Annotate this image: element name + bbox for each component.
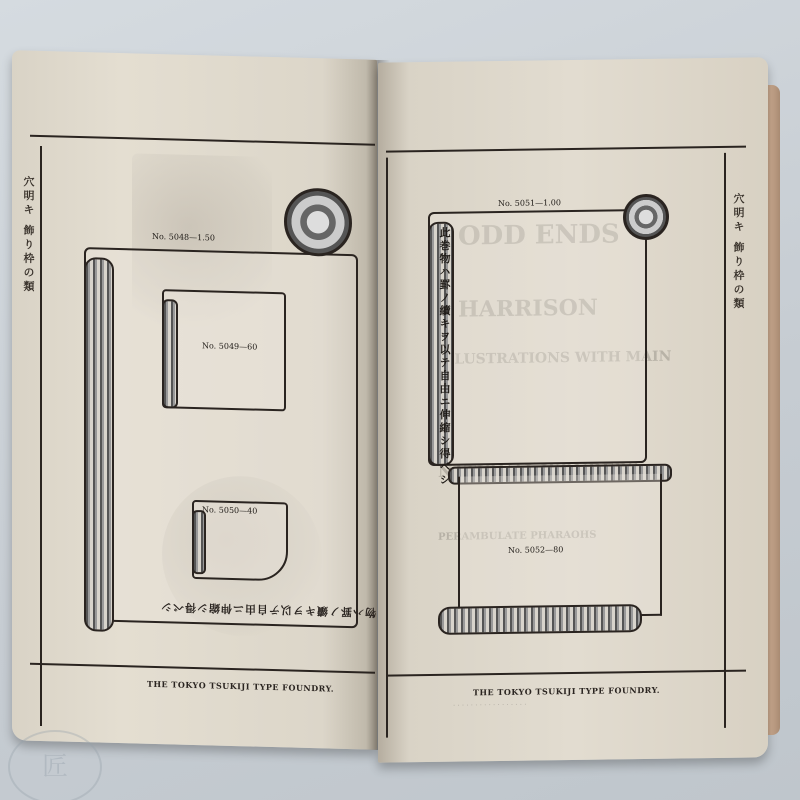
page-footer: THE TOKYO TSUKIJI TYPE FOUNDRY. <box>147 679 334 694</box>
frame-top-rule <box>30 135 375 146</box>
scroll-vertical-caption: 此巻物ハ罫ノ續キヲ以テ自由ニ伸縮シ得ベシ <box>436 227 452 487</box>
scroll-5051-top-curl <box>623 194 669 241</box>
frame-top-rule <box>386 146 746 153</box>
page-footer: THE TOKYO TSUKIJI TYPE FOUNDRY. <box>473 685 660 698</box>
scroll-5048-left-roll <box>84 257 114 632</box>
scroll-5048-top-curl <box>284 187 352 257</box>
frame-bottom-rule <box>30 663 375 674</box>
scroll-5051 <box>428 209 647 466</box>
item-number-5048: No. 5048—1.50 <box>152 232 215 243</box>
show-through-footer: · · · · · · · · · · · · · · · · · <box>453 701 526 710</box>
category-label: 穴明キ 飾り枠の類 <box>730 193 746 312</box>
frame-right-rule <box>724 153 726 728</box>
watermark-logo: 匠 <box>8 730 102 800</box>
scroll-5049-left-roll <box>162 299 178 408</box>
scroll-5052-bottom-roll <box>438 604 642 635</box>
item-number-5052: No. 5052—80 <box>508 545 563 555</box>
right-page: ODD ENDS HARRISON ILLUSTRATIONS WITH MAI… <box>378 57 768 762</box>
frame-left-rule <box>40 146 42 726</box>
item-number-5051: No. 5051—1.00 <box>498 198 561 208</box>
category-label: 穴明キ 飾り枠の類 <box>20 175 36 294</box>
frame-left-rule <box>386 158 388 738</box>
item-number-5050: No. 5050—40 <box>202 505 257 515</box>
item-number-5049: No. 5049—60 <box>202 341 257 351</box>
left-page: 穴明キ 飾り枠の類 No. 5048—1.50 No. 5049—60 No. … <box>12 50 377 750</box>
frame-bottom-rule <box>386 670 746 677</box>
scroll-5050-left-roll <box>192 510 206 574</box>
open-book: 穴明キ 飾り枠の類 No. 5048—1.50 No. 5049—60 No. … <box>0 0 800 800</box>
